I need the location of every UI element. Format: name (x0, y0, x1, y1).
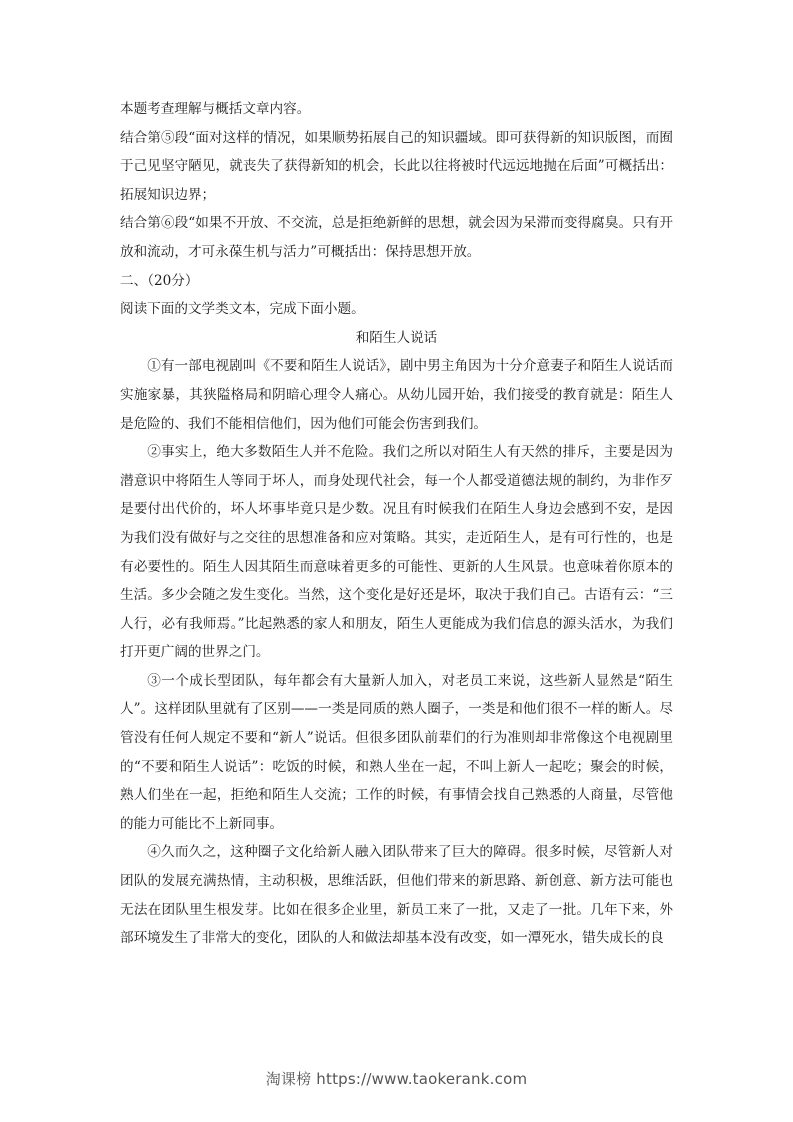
article-paragraph-3: ③一个成长型团队，每年都会有大量新人加入，对老员工来说，这些新人显然是“陌生人”… (120, 667, 673, 839)
document-page: 本题考查理解与概括文章内容。 结合第⑤段“面对这样的情况，如果顺势拓展自己的知识… (120, 95, 673, 953)
answer-point-1: 结合第⑤段“面对这样的情况，如果顺势拓展自己的知识疆域。即可获得新的知识版图，而… (120, 124, 673, 210)
answer-intro: 本题考查理解与概括文章内容。 (120, 95, 673, 124)
section-instruction: 阅读下面的文学类文本，完成下面小题。 (120, 295, 673, 324)
answer-point-2: 结合第⑥段“如果不开放、不交流，总是拒绝新鲜的思想，就会因为呆滞而变得腐臭。只有… (120, 209, 673, 266)
article-paragraph-2: ②事实上，绝大多数陌生人并不危险。我们之所以对陌生人有天然的排斥，主要是因为潜意… (120, 438, 673, 667)
section-heading: 二、（20分） (120, 267, 673, 296)
article-paragraph-1: ①有一部电视剧叫《不要和陌生人说话》，剧中男主角因为十分介意妻子和陌生人说话而实… (120, 352, 673, 438)
watermark-footer: 淘课榜 https://www.taokerank.com (0, 1068, 793, 1089)
article-paragraph-4: ④久而久之，这种圈子文化给新人融入团队带来了巨大的障碍。很多时候，尽管新人对团队… (120, 838, 673, 952)
article-title: 和陌生人说话 (120, 324, 673, 353)
